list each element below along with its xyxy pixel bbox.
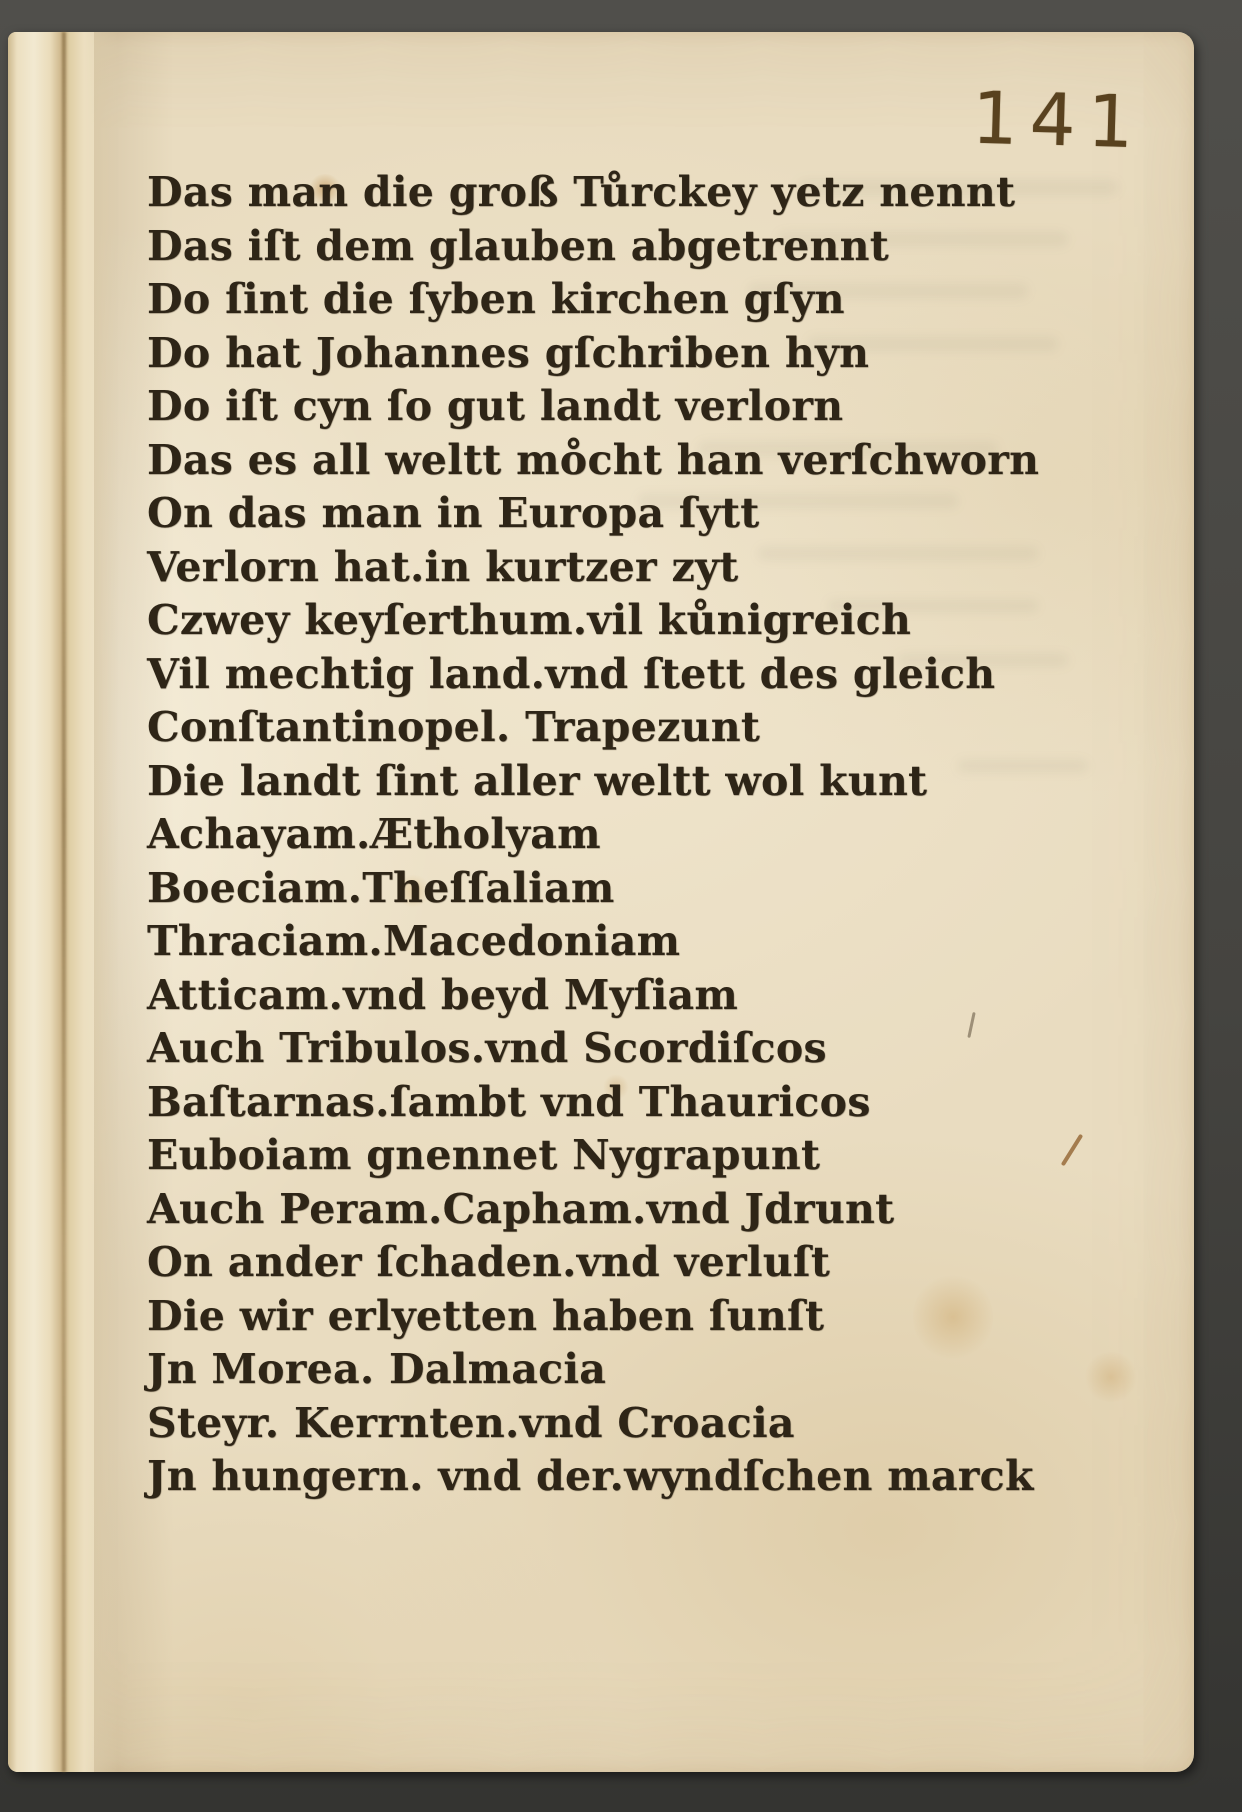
poem-line: Auch Tribulos.vnd Scordiſcos: [147, 1022, 1039, 1076]
poem-line: Baſtarnas.ſambt vnd Thauricos: [147, 1076, 1039, 1130]
poem-line: Do ſint die ſyben kirchen gſyn: [147, 273, 1039, 327]
poem-line: Achayam.Ætholyam: [147, 808, 1039, 862]
poem-line: Thraciam.Macedoniam: [147, 915, 1039, 969]
poem-line: Auch Peram.Capham.vnd Jdrunt: [147, 1183, 1039, 1237]
paper-stain: [1083, 1352, 1139, 1402]
poem-line: On das man in Europa ſytt: [147, 487, 1039, 541]
poem-line: Das es all weltt mo̊cht han verſchworn: [147, 434, 1039, 488]
poem-line: On ander ſchaden.vnd verluſt: [147, 1236, 1039, 1290]
poem-line: Euboiam gnennet Nygrapunt: [147, 1129, 1039, 1183]
poem-line: Jn hungern. vnd der.wyndſchen marck: [147, 1450, 1039, 1504]
poem-line: Do iſt cyn ſo gut landt verlorn: [147, 380, 1039, 434]
poem-line: Conſtantinopel. Trapezunt: [147, 701, 1039, 755]
poem-line: Czwey keyſerthum.vil kůnigreich: [147, 594, 1039, 648]
scan-background: 141 Das man die groß Tůrckey yetz nennt …: [0, 0, 1242, 1812]
poem-line: Do hat Johannes gſchriben hyn: [147, 327, 1039, 381]
poem-line: Boeciam.Theſſaliam: [147, 862, 1039, 916]
poem-line: Das man die groß Tůrckey yetz nennt: [147, 166, 1039, 220]
poem-line: Steyr. Kerrnten.vnd Croacia: [147, 1397, 1039, 1451]
poem-line: Die wir erlyetten haben ſunſt: [147, 1290, 1039, 1344]
poem-line: Verlorn hat.in kurtzer zyt: [147, 541, 1039, 595]
poem-line: Jn Morea. Dalmacia: [147, 1343, 1039, 1397]
poem-line: Das iſt dem glauben abgetrennt: [147, 220, 1039, 274]
poem-line: Atticam.vnd beyd Myſiam: [147, 969, 1039, 1023]
handwritten-folio-number: 141: [971, 76, 1147, 165]
poem-line: Die landt ſint aller weltt wol kunt: [147, 755, 1039, 809]
fiber-scratch-mark: [1061, 1134, 1083, 1167]
spine-crease: [62, 32, 66, 1772]
poem-text-block: Das man die groß Tůrckey yetz nennt Das …: [147, 166, 1039, 1504]
poem-line: Vil mechtig land.vnd ſtett des gleich: [147, 648, 1039, 702]
